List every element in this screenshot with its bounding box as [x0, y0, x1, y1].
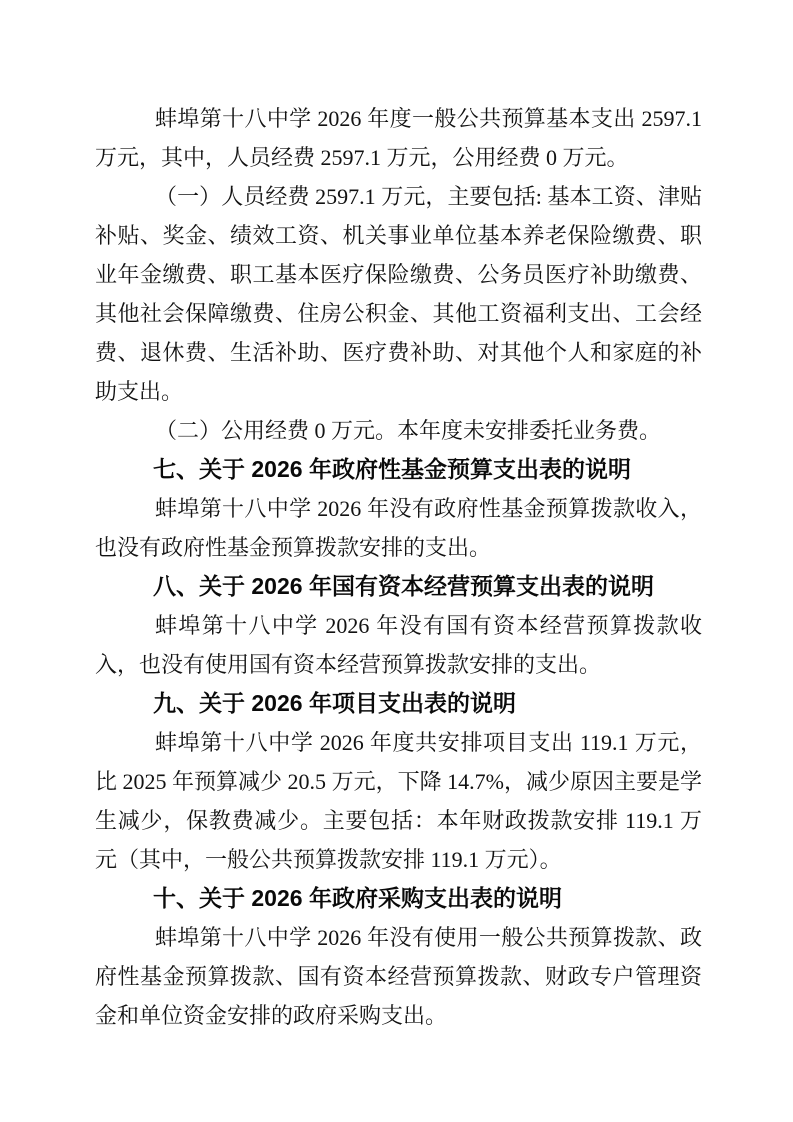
- heading-section-9-project-expense: 九、关于 2026 年项目支出表的说明: [95, 684, 702, 723]
- para-personnel-funds-detail: （一）人员经费 2597.1 万元，主要包括: 基本工资、津贴补贴、奖金、绩效工…: [95, 177, 702, 411]
- para-gov-procurement: 蚌埠第十八中学 2026 年没有使用一般公共预算拨款、政府性基金预算拨款、国有资…: [95, 918, 702, 1035]
- heading-section-8-state-capital: 八、关于 2026 年国有资本经营预算支出表的说明: [95, 567, 702, 606]
- heading-section-7-gov-fund-budget: 七、关于 2026 年政府性基金预算支出表的说明: [95, 450, 702, 489]
- para-basic-expenditure-summary: 蚌埠第十八中学 2026 年度一般公共预算基本支出 2597.1 万元，其中，人…: [95, 99, 702, 177]
- document-page: 蚌埠第十八中学 2026 年度一般公共预算基本支出 2597.1 万元，其中，人…: [0, 0, 793, 1122]
- para-public-funds: （二）公用经费 0 万元。本年度未安排委托业务费。: [95, 411, 702, 450]
- heading-section-10-gov-procurement: 十、关于 2026 年政府采购支出表的说明: [95, 879, 702, 918]
- para-project-expense: 蚌埠第十八中学 2026 年度共安排项目支出 119.1 万元，比 2025 年…: [95, 723, 702, 879]
- para-gov-fund-budget: 蚌埠第十八中学 2026 年没有政府性基金预算拨款收入，也没有政府性基金预算拨款…: [95, 489, 702, 567]
- document-body: 蚌埠第十八中学 2026 年度一般公共预算基本支出 2597.1 万元，其中，人…: [95, 99, 702, 1035]
- para-state-capital: 蚌埠第十八中学 2026 年没有国有资本经营预算拨款收入，也没有使用国有资本经营…: [95, 606, 702, 684]
